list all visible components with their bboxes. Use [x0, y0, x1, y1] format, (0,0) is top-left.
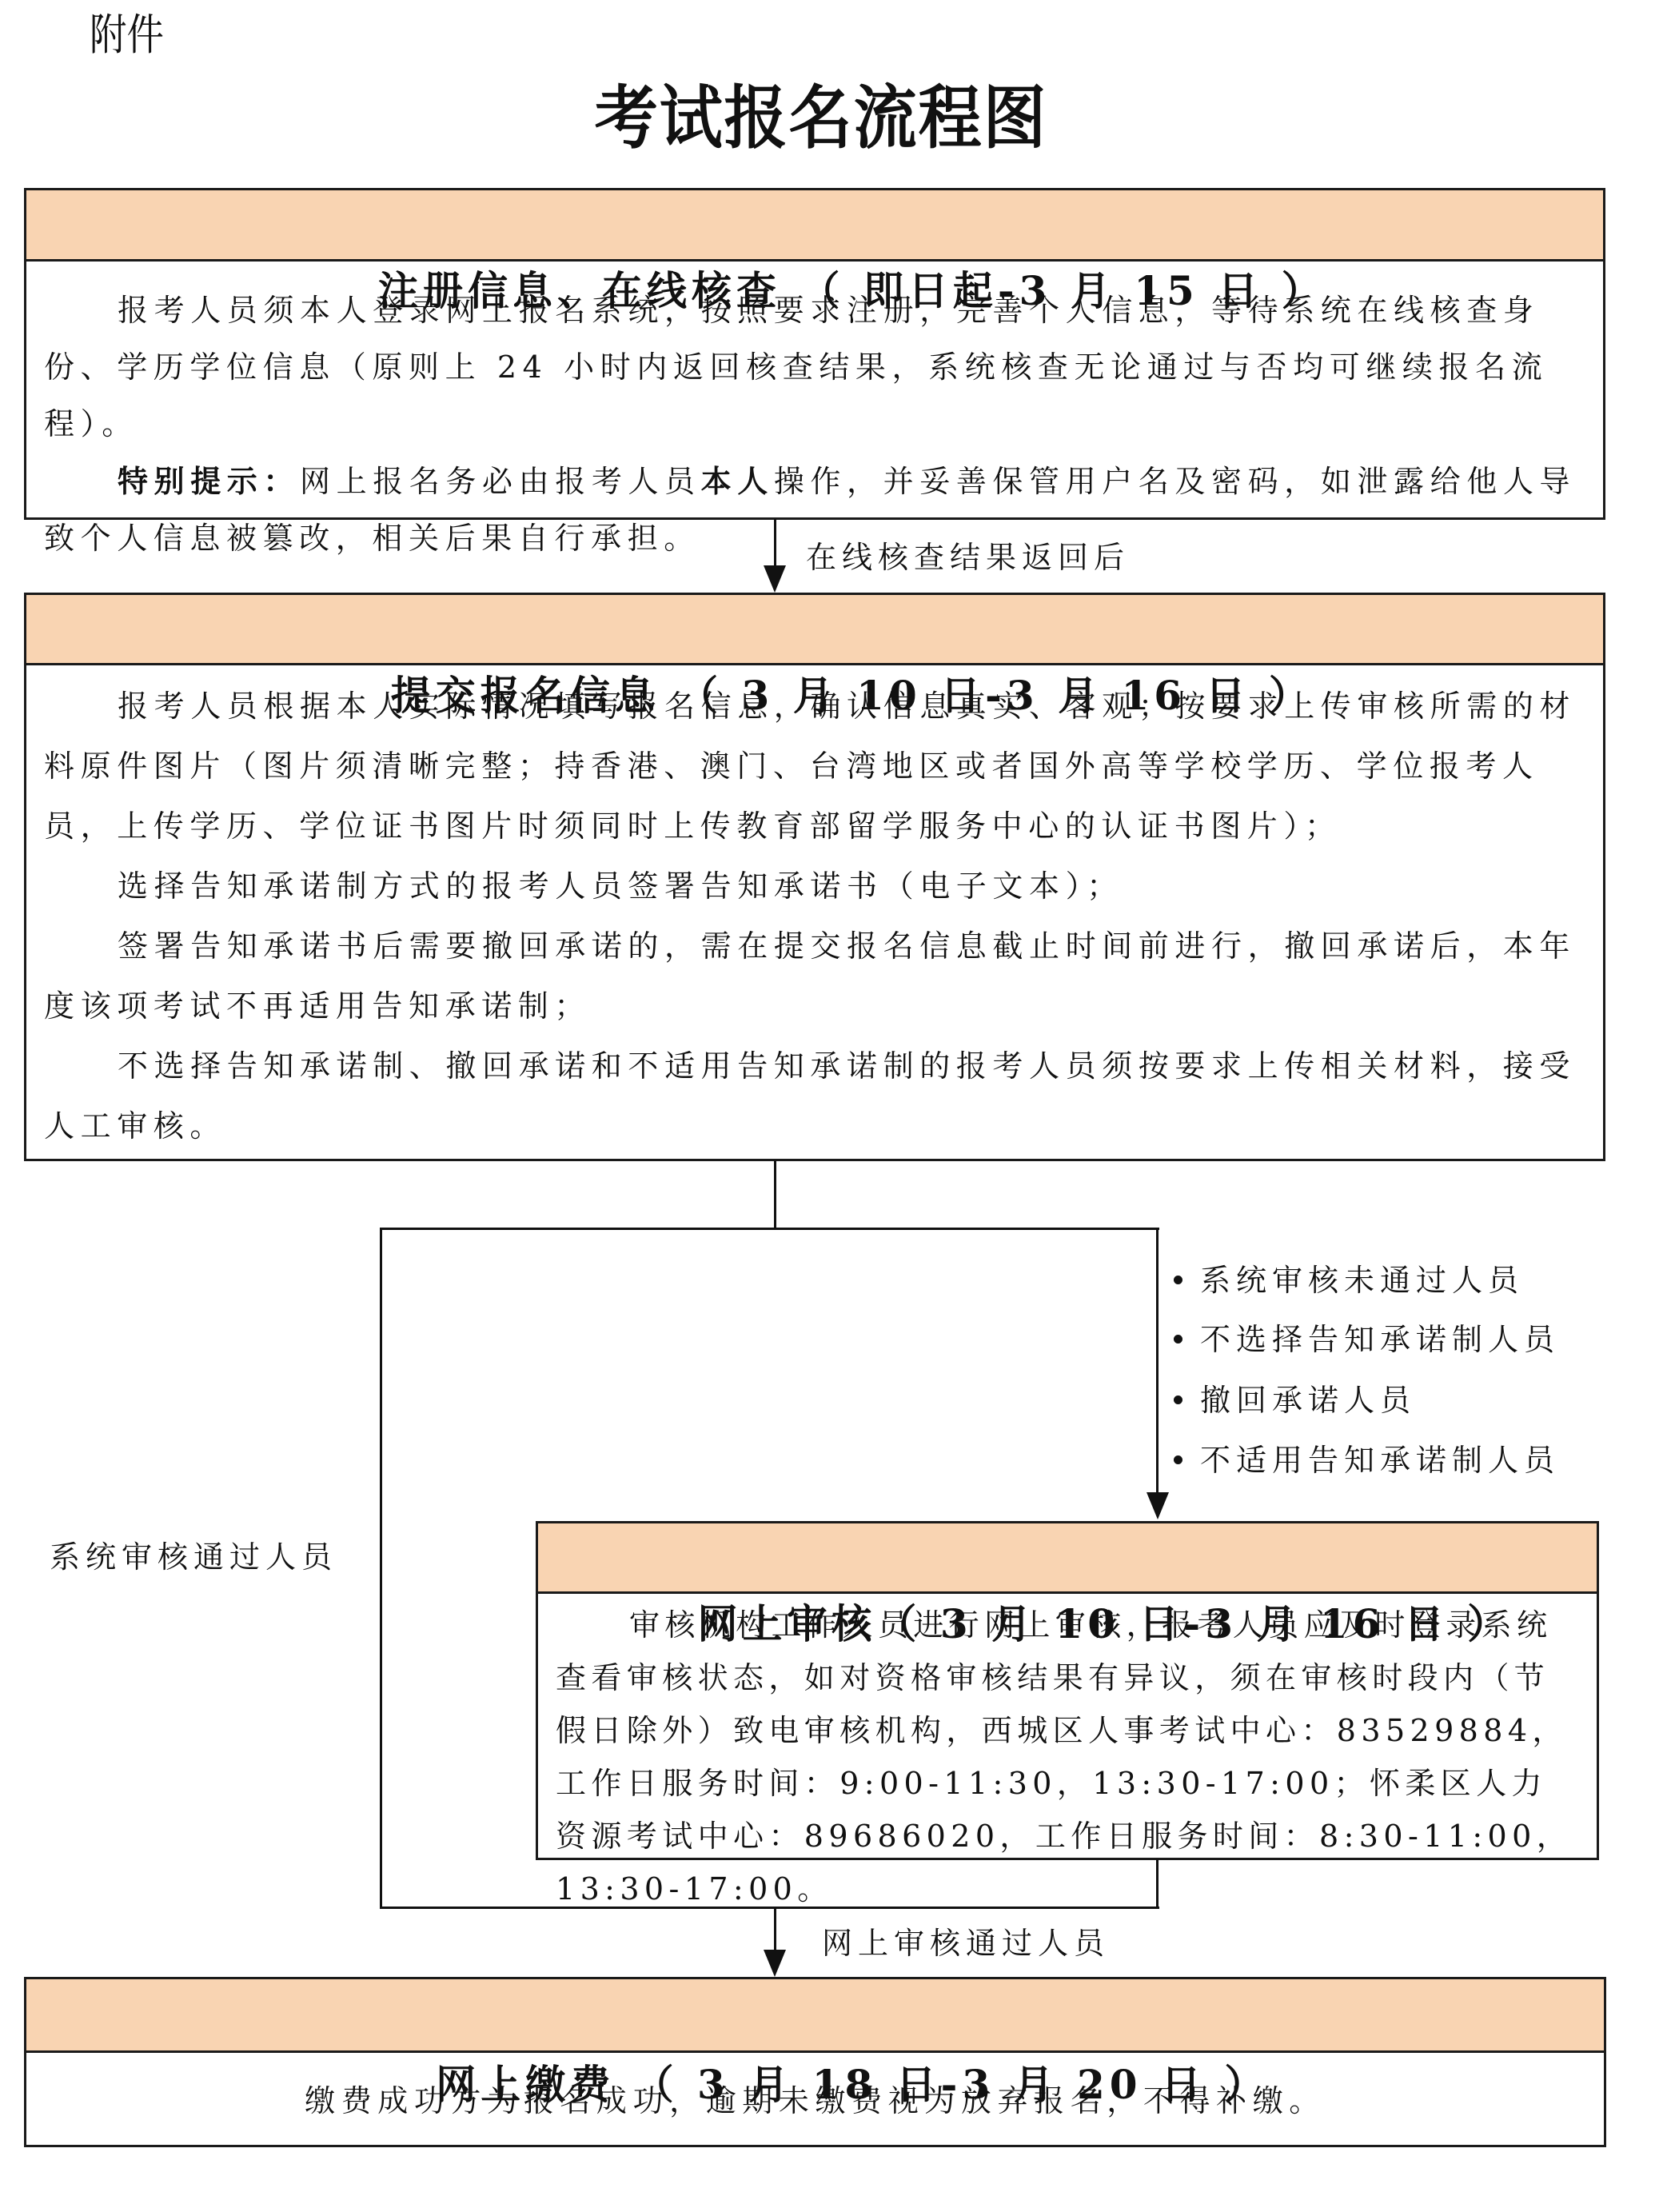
step-online-review-box: 网上审核（ 3 月 10 日-3 月 16 日 ） 审核机构工作人员进行网上审核…: [536, 1521, 1599, 1860]
attachment-label: 附件: [90, 10, 164, 61]
step-register-header: 注册信息、在线核查 （ 即日起-3 月 15 日 ）: [26, 190, 1603, 262]
connector-line: [380, 1228, 1159, 1230]
bullet-icon: [1174, 1276, 1182, 1284]
connector-line-right: [1156, 1859, 1159, 1909]
bullet-item: 系统审核未通过人员: [1174, 1261, 1524, 1300]
connector-label-after-register: 在线核查结果返回后: [806, 538, 1130, 577]
payment-paragraph: 缴费成功方为报名成功，逾期未缴费视为放弃报名，不得补缴。: [26, 2053, 1604, 2149]
step-register-body: 报考人员须本人登录网上报名系统，按照要求注册，完善个人信息，等待系统在线核查身份…: [26, 262, 1603, 517]
step-register-box: 注册信息、在线核查 （ 即日起-3 月 15 日 ） 报考人员须本人登录网上报名…: [24, 188, 1605, 520]
submit-paragraph-2: 选择告知承诺制方式的报考人员签署告知承诺书（电子文本）；: [44, 856, 1585, 916]
connector-line: [774, 1907, 776, 1951]
connector-line: [774, 1160, 776, 1229]
bullet-icon: [1174, 1335, 1182, 1344]
arrow-down-icon: [764, 565, 786, 593]
submit-paragraph-1: 报考人员根据本人实际情况填写报名信息，确认信息真实、客观；按要求上传审核所需的材…: [44, 677, 1585, 856]
connector-line: [380, 1907, 1159, 1909]
step-online-review-body: 审核机构工作人员进行网上审核，报考人员应及时登录系统查看审核状态，如对资格审核结…: [538, 1594, 1597, 1858]
submit-paragraph-4: 不选择告知承诺制、撤回承诺和不适用告知承诺制的报考人员须按要求上传相关材料，接受…: [44, 1036, 1585, 1156]
step-submit-box: 提交报名信息 （ 3 月 10 日-3 月 16 日 ） 报考人员根据本人实际情…: [24, 593, 1605, 1161]
self-emphasis: 本人: [701, 463, 774, 499]
step-payment-body: 缴费成功方为报名成功，逾期未缴费视为放弃报名，不得补缴。: [26, 2053, 1604, 2145]
step-submit-header: 提交报名信息 （ 3 月 10 日-3 月 16 日 ）: [26, 595, 1603, 665]
bullet-item: 不适用告知承诺制人员: [1174, 1441, 1560, 1479]
connector-line-right: [1156, 1228, 1159, 1493]
connector-line: [774, 519, 776, 567]
step-payment-box: 网上缴费 （ 3 月 18 日-3 月 20 日 ） 缴费成功方为报名成功，逾期…: [24, 1977, 1606, 2147]
connector-line-left: [380, 1228, 382, 1909]
step-online-review-header: 网上审核（ 3 月 10 日-3 月 16 日 ）: [538, 1523, 1597, 1594]
bullet-item: 不选择告知承诺制人员: [1174, 1320, 1560, 1359]
step-register-paragraph: 报考人员须本人登录网上报名系统，按照要求注册，完善个人信息，等待系统在线核查身份…: [44, 282, 1585, 453]
special-notice-label: 特别提示：: [118, 463, 300, 499]
submit-paragraph-3: 签署告知承诺书后需要撤回承诺的，需在提交报名信息截止时间前进行，撤回承诺后，本年…: [44, 916, 1585, 1036]
arrow-down-icon: [764, 1950, 786, 1977]
bullet-icon: [1174, 1395, 1182, 1404]
arrow-down-icon: [1147, 1492, 1169, 1519]
step-payment-header: 网上缴费 （ 3 月 18 日-3 月 20 日 ）: [26, 1979, 1604, 2053]
bullet-item: 撤回承诺人员: [1174, 1381, 1416, 1419]
bullet-icon: [1174, 1455, 1182, 1464]
connector-label-pass-system-review: 系统审核通过人员: [50, 1538, 337, 1576]
page-title: 考试报名流程图: [66, 78, 1577, 158]
step-submit-body: 报考人员根据本人实际情况填写报名信息，确认信息真实、客观；按要求上传审核所需的材…: [26, 665, 1603, 1159]
review-paragraph: 审核机构工作人员进行网上审核，报考人员应及时登录系统查看审核状态，如对资格审核结…: [556, 1599, 1582, 1915]
connector-label-after-online-review: 网上审核通过人员: [822, 1924, 1110, 1962]
